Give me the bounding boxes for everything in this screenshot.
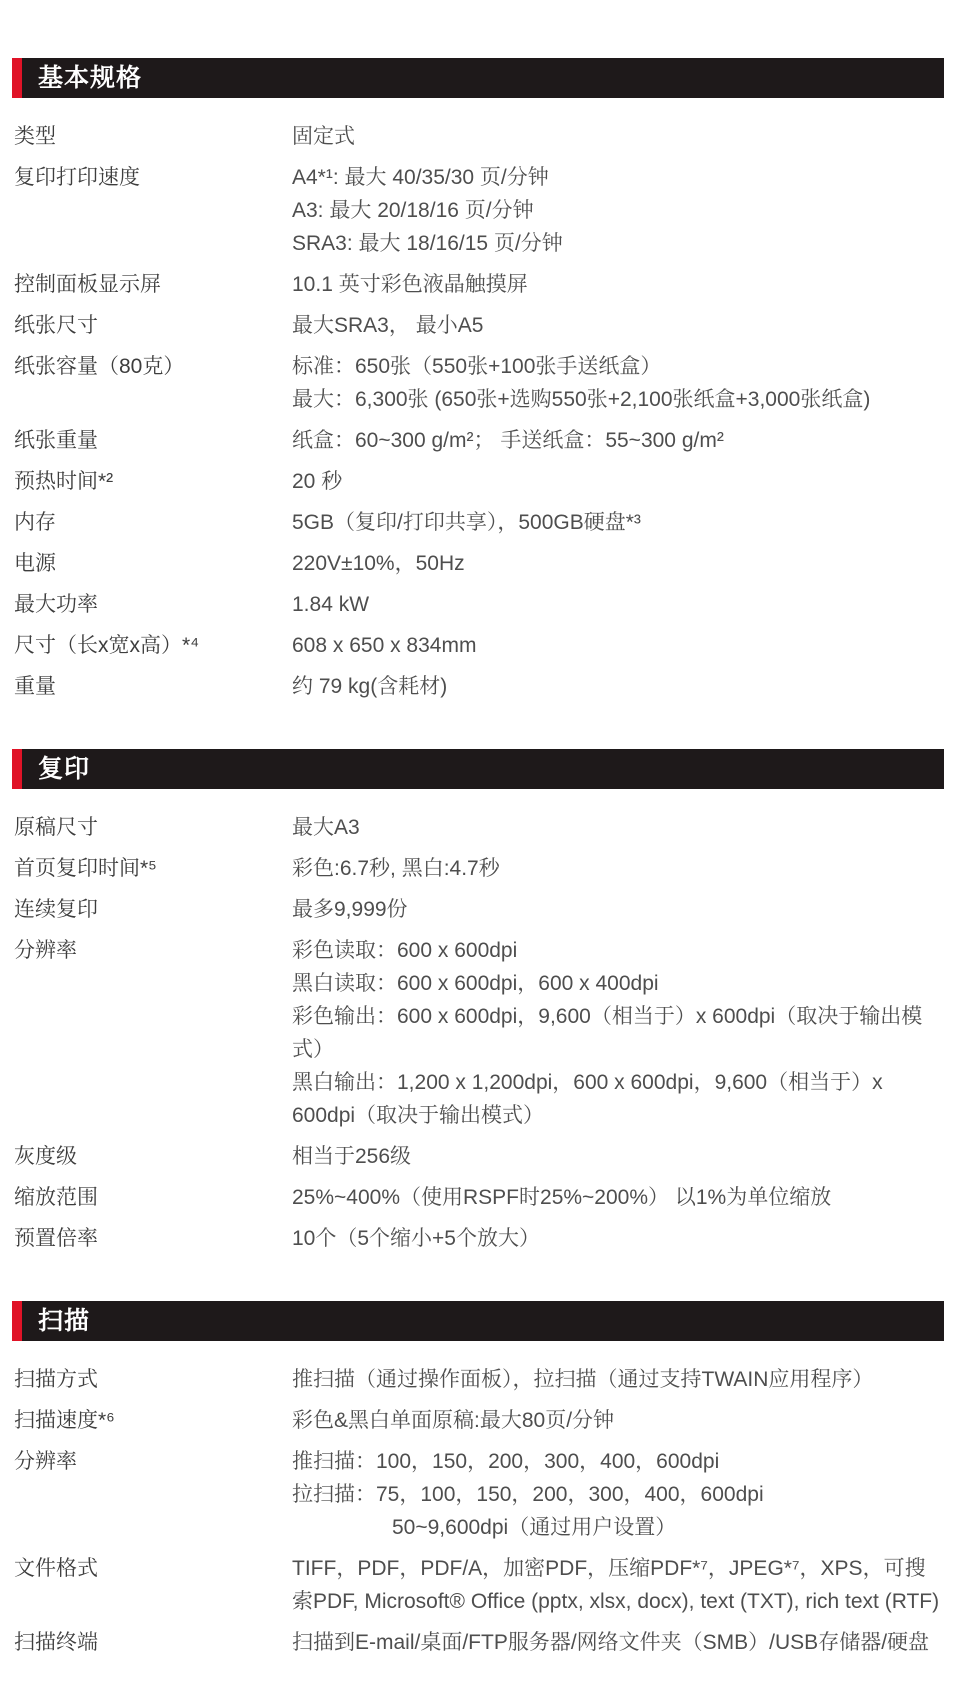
spec-row: 预置倍率 10个（5个缩小+5个放大） (14, 1222, 944, 1255)
spec-label: 预置倍率 (14, 1222, 292, 1255)
spec-label: 内存 (14, 506, 292, 539)
spec-label: 复印打印速度 (14, 161, 292, 194)
spec-value-line: 50~9,600dpi（通过用户设置） (292, 1511, 944, 1544)
spec-value: 最大A3 (292, 811, 944, 844)
spec-value-line: 1.84 kW (292, 588, 944, 621)
spec-row: 扫描方式 推扫描（通过操作面板），拉扫描（通过支持TWAIN应用程序） (14, 1363, 944, 1396)
red-accent-bar-icon (12, 749, 22, 789)
spec-label: 电源 (14, 547, 292, 580)
spec-value-line: 608 x 650 x 834mm (292, 629, 944, 662)
spec-value-line: 黑白输出：1,200 x 1,200dpi，600 x 600dpi，9,600… (292, 1066, 944, 1132)
spec-row: 类型 固定式 (14, 120, 944, 153)
spec-label: 文件格式 (14, 1552, 292, 1585)
spec-value-line: 彩色输出：600 x 600dpi，9,600（相当于）x 600dpi（取决于… (292, 1000, 944, 1066)
spec-row: 纸张重量 纸盒：60~300 g/m²； 手送纸盒：55~300 g/m² (14, 424, 944, 457)
section-header: 扫描 (12, 1301, 944, 1341)
spec-value: 5GB（复印/打印共享），500GB硬盘*³ (292, 506, 944, 539)
spec-row: 连续复印 最多9,999份 (14, 893, 944, 926)
spec-table: 类型 固定式 复印打印速度 A4*¹: 最大 40/35/30 页/分钟A3: … (12, 120, 944, 703)
spec-label: 重量 (14, 670, 292, 703)
spec-row: 电源 220V±10%，50Hz (14, 547, 944, 580)
spec-value: 最大SRA3， 最小A5 (292, 309, 944, 342)
spec-value: 最多9,999份 (292, 893, 944, 926)
spec-value-line: 最大：6,300张 (650张+选购550张+2,100张纸盒+3,000张纸盒… (292, 383, 944, 416)
spec-value: A4*¹: 最大 40/35/30 页/分钟A3: 最大 20/18/16 页/… (292, 161, 944, 260)
spec-label: 最大功率 (14, 588, 292, 621)
spec-row: 尺寸（长x宽x高）*⁴ 608 x 650 x 834mm (14, 629, 944, 662)
spec-value-line: 10.1 英寸彩色液晶触摸屏 (292, 268, 944, 301)
spec-label: 灰度级 (14, 1140, 292, 1173)
spec-label: 控制面板显示屏 (14, 268, 292, 301)
red-accent-bar-icon (12, 58, 22, 98)
spec-row: 纸张尺寸 最大SRA3， 最小A5 (14, 309, 944, 342)
spec-section: 扫描 扫描方式 推扫描（通过操作面板），拉扫描（通过支持TWAIN应用程序） 扫… (12, 1301, 944, 1659)
spec-value-line: 标准：650张（550张+100张手送纸盒） (292, 350, 944, 383)
spec-value: 推扫描：100，150，200，300，400，600dpi拉扫描：75，100… (292, 1445, 944, 1544)
spec-value-line: 最多9,999份 (292, 893, 944, 926)
spec-value-line: 220V±10%，50Hz (292, 547, 944, 580)
spec-label: 预热时间*² (14, 465, 292, 498)
spec-value: 彩色读取：600 x 600dpi黑白读取：600 x 600dpi，600 x… (292, 934, 944, 1132)
spec-value: 608 x 650 x 834mm (292, 629, 944, 662)
spec-value-line: 10个（5个缩小+5个放大） (292, 1222, 944, 1255)
spec-row: 重量 约 79 kg(含耗材) (14, 670, 944, 703)
spec-value: 彩色&黑白单面原稿:最大80页/分钟 (292, 1404, 944, 1437)
spec-row: 文件格式 TIFF，PDF，PDF/A，加密PDF，压缩PDF*⁷，JPEG*⁷… (14, 1552, 944, 1618)
spec-value-line: 最大SRA3， 最小A5 (292, 309, 944, 342)
spec-value: 220V±10%，50Hz (292, 547, 944, 580)
spec-label: 纸张容量（80克） (14, 350, 292, 383)
spec-label: 扫描终端 (14, 1626, 292, 1659)
spec-value-line: 相当于256级 (292, 1140, 944, 1173)
spec-label: 分辨率 (14, 1445, 292, 1478)
spec-label: 分辨率 (14, 934, 292, 967)
spec-value-line: 5GB（复印/打印共享），500GB硬盘*³ (292, 506, 944, 539)
spec-value-line: 25%~400%（使用RSPF时25%~200%） 以1%为单位缩放 (292, 1181, 944, 1214)
spec-label: 原稿尺寸 (14, 811, 292, 844)
spec-value-line: 推扫描：100，150，200，300，400，600dpi (292, 1445, 944, 1478)
spec-value-line: 彩色&黑白单面原稿:最大80页/分钟 (292, 1404, 944, 1437)
spec-row: 控制面板显示屏 10.1 英寸彩色液晶触摸屏 (14, 268, 944, 301)
spec-section: 基本规格 类型 固定式 复印打印速度 A4*¹: 最大 40/35/30 页/分… (12, 58, 944, 703)
spec-value: 25%~400%（使用RSPF时25%~200%） 以1%为单位缩放 (292, 1181, 944, 1214)
spec-row: 灰度级 相当于256级 (14, 1140, 944, 1173)
spec-value-line: A3: 最大 20/18/16 页/分钟 (292, 194, 944, 227)
spec-label: 连续复印 (14, 893, 292, 926)
spec-value: 固定式 (292, 120, 944, 153)
spec-row: 内存 5GB（复印/打印共享），500GB硬盘*³ (14, 506, 944, 539)
spec-table: 原稿尺寸 最大A3 首页复印时间*⁵ 彩色:6.7秒, 黑白:4.7秒 连续复印… (12, 811, 944, 1255)
spec-value-line: TIFF，PDF，PDF/A，加密PDF，压缩PDF*⁷，JPEG*⁷，XPS，… (292, 1552, 944, 1618)
spec-value: 10个（5个缩小+5个放大） (292, 1222, 944, 1255)
spec-sheet: 基本规格 类型 固定式 复印打印速度 A4*¹: 最大 40/35/30 页/分… (0, 0, 956, 1707)
spec-value-line: 纸盒：60~300 g/m²； 手送纸盒：55~300 g/m² (292, 424, 944, 457)
spec-value-line: 黑白读取：600 x 600dpi，600 x 400dpi (292, 967, 944, 1000)
spec-value-line: A4*¹: 最大 40/35/30 页/分钟 (292, 161, 944, 194)
spec-row: 预热时间*² 20 秒 (14, 465, 944, 498)
spec-value-line: 扫描到E-mail/桌面/FTP服务器/网络文件夹（SMB）/USB存储器/硬盘 (292, 1626, 944, 1659)
spec-row: 扫描速度*⁶ 彩色&黑白单面原稿:最大80页/分钟 (14, 1404, 944, 1437)
spec-value-line: 彩色:6.7秒, 黑白:4.7秒 (292, 852, 944, 885)
spec-row: 原稿尺寸 最大A3 (14, 811, 944, 844)
spec-value-line: 彩色读取：600 x 600dpi (292, 934, 944, 967)
spec-row: 缩放范围 25%~400%（使用RSPF时25%~200%） 以1%为单位缩放 (14, 1181, 944, 1214)
spec-row: 复印打印速度 A4*¹: 最大 40/35/30 页/分钟A3: 最大 20/1… (14, 161, 944, 260)
spec-value-line: 约 79 kg(含耗材) (292, 670, 944, 703)
section-title: 复印 (22, 749, 90, 789)
spec-value: 10.1 英寸彩色液晶触摸屏 (292, 268, 944, 301)
spec-row: 分辨率 推扫描：100，150，200，300，400，600dpi拉扫描：75… (14, 1445, 944, 1544)
spec-value: 相当于256级 (292, 1140, 944, 1173)
spec-section: 复印 原稿尺寸 最大A3 首页复印时间*⁵ 彩色:6.7秒, 黑白:4.7秒 连… (12, 749, 944, 1255)
section-title: 扫描 (22, 1301, 90, 1341)
spec-value: 标准：650张（550张+100张手送纸盒）最大：6,300张 (650张+选购… (292, 350, 944, 416)
spec-label: 扫描速度*⁶ (14, 1404, 292, 1437)
spec-row: 扫描终端 扫描到E-mail/桌面/FTP服务器/网络文件夹（SMB）/USB存… (14, 1626, 944, 1659)
spec-label: 缩放范围 (14, 1181, 292, 1214)
spec-label: 扫描方式 (14, 1363, 292, 1396)
spec-value-line: 推扫描（通过操作面板），拉扫描（通过支持TWAIN应用程序） (292, 1363, 944, 1396)
section-title: 基本规格 (22, 58, 142, 98)
spec-value: 约 79 kg(含耗材) (292, 670, 944, 703)
spec-label: 类型 (14, 120, 292, 153)
spec-value: 推扫描（通过操作面板），拉扫描（通过支持TWAIN应用程序） (292, 1363, 944, 1396)
spec-label: 尺寸（长x宽x高）*⁴ (14, 629, 292, 662)
spec-label: 纸张重量 (14, 424, 292, 457)
spec-value: 20 秒 (292, 465, 944, 498)
spec-value-line: 拉扫描：75，100，150，200，300，400，600dpi (292, 1478, 944, 1511)
spec-table: 扫描方式 推扫描（通过操作面板），拉扫描（通过支持TWAIN应用程序） 扫描速度… (12, 1363, 944, 1659)
spec-value: 纸盒：60~300 g/m²； 手送纸盒：55~300 g/m² (292, 424, 944, 457)
spec-row: 分辨率 彩色读取：600 x 600dpi黑白读取：600 x 600dpi，6… (14, 934, 944, 1132)
spec-value: 扫描到E-mail/桌面/FTP服务器/网络文件夹（SMB）/USB存储器/硬盘 (292, 1626, 944, 1659)
section-header: 基本规格 (12, 58, 944, 98)
spec-value: TIFF，PDF，PDF/A，加密PDF，压缩PDF*⁷，JPEG*⁷，XPS，… (292, 1552, 944, 1618)
spec-value: 1.84 kW (292, 588, 944, 621)
spec-value-line: 固定式 (292, 120, 944, 153)
spec-value-line: 20 秒 (292, 465, 944, 498)
spec-row: 最大功率 1.84 kW (14, 588, 944, 621)
spec-row: 首页复印时间*⁵ 彩色:6.7秒, 黑白:4.7秒 (14, 852, 944, 885)
spec-label: 纸张尺寸 (14, 309, 292, 342)
spec-value-line: SRA3: 最大 18/16/15 页/分钟 (292, 227, 944, 260)
spec-label: 首页复印时间*⁵ (14, 852, 292, 885)
spec-value: 彩色:6.7秒, 黑白:4.7秒 (292, 852, 944, 885)
red-accent-bar-icon (12, 1301, 22, 1341)
spec-value-line: 最大A3 (292, 811, 944, 844)
spec-row: 纸张容量（80克） 标准：650张（550张+100张手送纸盒）最大：6,300… (14, 350, 944, 416)
section-header: 复印 (12, 749, 944, 789)
